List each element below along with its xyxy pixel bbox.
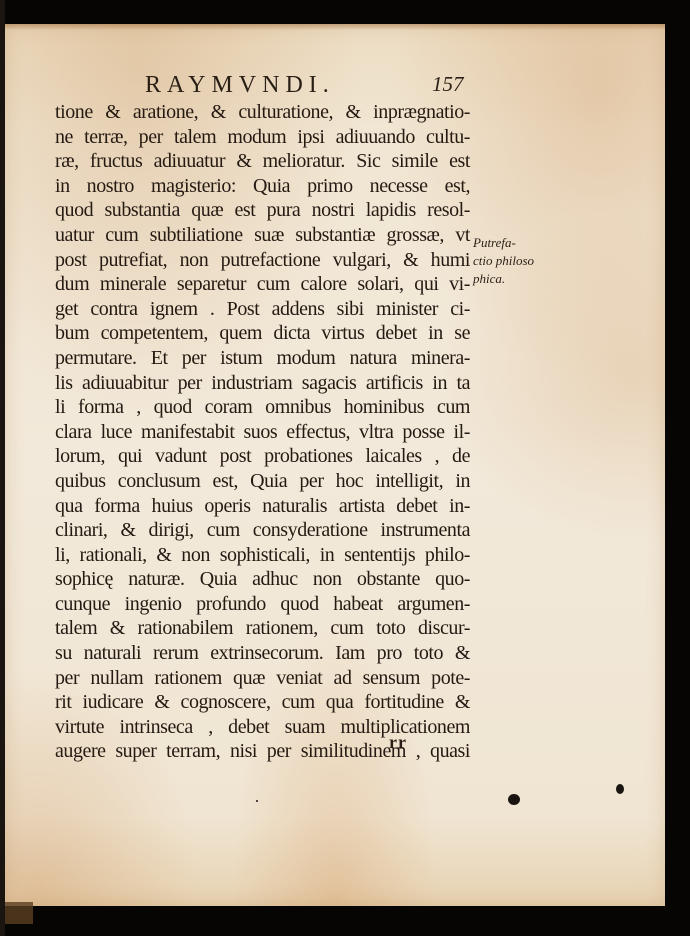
- text-line: dum minerale separetur cum calore solari…: [55, 272, 470, 297]
- text-line: ræ, fructus adiuuatur & melioratur. Sic …: [55, 149, 470, 174]
- page-number: 157: [432, 72, 464, 97]
- text-line: uatur cum subtiliatione suæ substantiæ g…: [55, 223, 470, 248]
- text-line: per nullam rationem quæ veniat ad sensum…: [55, 666, 470, 691]
- text-line: virtute intrinseca , debet suam multipli…: [55, 715, 470, 740]
- text-line: ne terræ, per talem modum ipsi adiuuando…: [55, 125, 470, 150]
- ink-spot: [256, 800, 258, 802]
- marginal-note-line: ctio philoso: [473, 252, 534, 270]
- marginal-note-line: phica.: [473, 270, 534, 288]
- text-line: tione & aratione, & culturatione, & inpr…: [55, 100, 470, 125]
- scanned-page-view: RAYMVNDI. 157 tione & aratione, & cultur…: [0, 0, 690, 936]
- text-line: su naturali rerum extrinsecorum. Iam pro…: [55, 641, 470, 666]
- text-line: sophicę naturæ. Quia adhuc non obstante …: [55, 567, 470, 592]
- text-line: li, rationali, & non sophisticali, in se…: [55, 543, 470, 568]
- ink-spot: [616, 784, 624, 794]
- body-text: tione & aratione, & culturatione, & inpr…: [55, 100, 480, 764]
- text-line: get contra ignem . Post addens sibi mini…: [55, 297, 470, 322]
- text-line: quibus conclusum est, Quia per hoc intel…: [55, 469, 470, 494]
- text-line: talem & rationabilem rationem, cum toto …: [55, 616, 470, 641]
- text-line: clara luce manifestabit suos effectus, v…: [55, 420, 470, 445]
- text-line: bum competentem, quem dicta virtus debet…: [55, 321, 470, 346]
- signature-mark: rr: [389, 732, 407, 753]
- text-line: cunque ingenio profundo quod habeat argu…: [55, 592, 470, 617]
- ink-spot: [508, 794, 520, 805]
- text-line: permutare. Et per istum modum natura min…: [55, 346, 470, 371]
- page-corner-stain: [5, 902, 33, 924]
- faint-pencil-marks: · · · · · ·: [56, 748, 104, 757]
- text-line: lis adiuuabitur per industriam sagacis a…: [55, 371, 470, 396]
- text-line: qua forma huius operis naturalis artista…: [55, 494, 470, 519]
- text-line: rit iudicare & cognoscere, cum qua forti…: [55, 690, 470, 715]
- text-line: lorum, qui vadunt post probationes laica…: [55, 444, 470, 469]
- running-head: RAYMVNDI.: [145, 72, 335, 99]
- text-line: li forma , quod coram omnibus hominibus …: [55, 395, 470, 420]
- text-line: post putrefiat, non putrefactione vulgar…: [55, 248, 470, 273]
- marginal-note: Putrefa- ctio philoso phica.: [473, 234, 534, 288]
- marginal-note-line: Putrefa-: [473, 234, 534, 252]
- text-line: clinari, & dirigi, cum consyderatione in…: [55, 518, 470, 543]
- text-line: quod substantia quæ est pura nostri lapi…: [55, 198, 470, 223]
- text-line: in nostro magisterio: Quia primo necesse…: [55, 174, 470, 199]
- text-line: augere super terram, nisi per similitudi…: [55, 739, 470, 764]
